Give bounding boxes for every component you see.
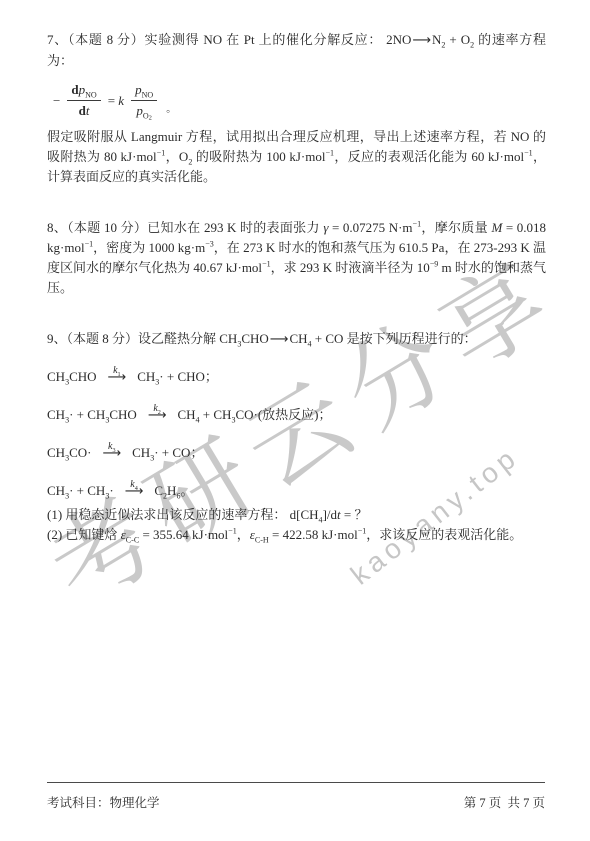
equation-period: 。 (166, 100, 176, 120)
fraction-denominator: pO2 (136, 101, 152, 120)
question-9-intro: 9、（本题 8 分）设乙醛热分解 CH3CHO⟶CH4 + CO 是按下列历程进… (47, 329, 546, 350)
subitem-1: (1) 用稳态近似法求出该反应的速率方程： d[CH4]/dt = ？ (47, 505, 546, 525)
step-rhs: C2H6。 (154, 483, 193, 498)
step-lhs: CH3CHO (47, 369, 97, 384)
k1-arrow-icon: k1⟶ (108, 367, 127, 388)
step-lhs: CH3CO· (47, 445, 91, 460)
k4-arrow-icon: k4⟶ (125, 481, 144, 502)
k2-arrow-icon: k2⟶ (148, 405, 167, 426)
exam-page: 7、（本题 8 分）实验测得 NO 在 Pt 上的催化分解反应： 2NO⟶N2 … (47, 0, 546, 545)
equation-minus-sign: − (53, 91, 60, 111)
reaction-step-2: CH3· + CH3CHOk2⟶CH4 + CH3CO·(放热反应)； (47, 405, 546, 426)
step-lhs: CH3· + CH3CHO (47, 407, 137, 422)
pressure-fraction: pNO pO2 (131, 81, 157, 120)
step-rhs: CH4 + CH3CO·(放热反应)； (177, 407, 331, 422)
equals-k: = k (108, 91, 124, 111)
subitem-2: (2) 已知键焓 εC-C = 355.64 kJ·mol−1，εC-H = 4… (47, 525, 546, 545)
exam-subject: 考试科目：物理化学 (47, 793, 160, 811)
rate-equation: − dpNO dt = k pNO pO2 。 (53, 81, 546, 120)
fraction-numerator: pNO (131, 81, 157, 101)
reaction-step-4: CH3· + CH3·k4⟶C2H6。 (47, 481, 546, 502)
step-lhs: CH3· + CH3· (47, 483, 114, 498)
step-rhs: CH3· + CHO； (137, 369, 218, 384)
question-7-intro: 7、（本题 8 分）实验测得 NO 在 Pt 上的催化分解反应： 2NO⟶N2 … (47, 0, 546, 71)
fraction-numerator: dpNO (67, 81, 100, 101)
question-7-body: 假定吸附服从 Langmuir 方程，试用拟出合理反应机理，导出上述速率方程，若… (47, 127, 546, 187)
fraction-denominator: dt (79, 101, 90, 120)
step-rhs: CH3· + CO； (132, 445, 203, 460)
question-8-body: 8、（本题 10 分）已知水在 293 K 时的表面张力 γ = 0.07275… (47, 218, 546, 298)
question-9-subitems: (1) 用稳态近似法求出该反应的速率方程： d[CH4]/dt = ？ (2) … (47, 505, 546, 545)
page-footer: 考试科目：物理化学 第 7 页 共 7 页 (47, 782, 545, 811)
derivative-fraction: dpNO dt (67, 81, 100, 120)
reaction-step-1: CH3CHOk1⟶CH3· + CHO； (47, 367, 546, 388)
page-indicator: 第 7 页 共 7 页 (464, 793, 545, 811)
reaction-step-3: CH3CO·k3⟶CH3· + CO； (47, 443, 546, 464)
k3-arrow-icon: k3⟶ (102, 443, 121, 464)
